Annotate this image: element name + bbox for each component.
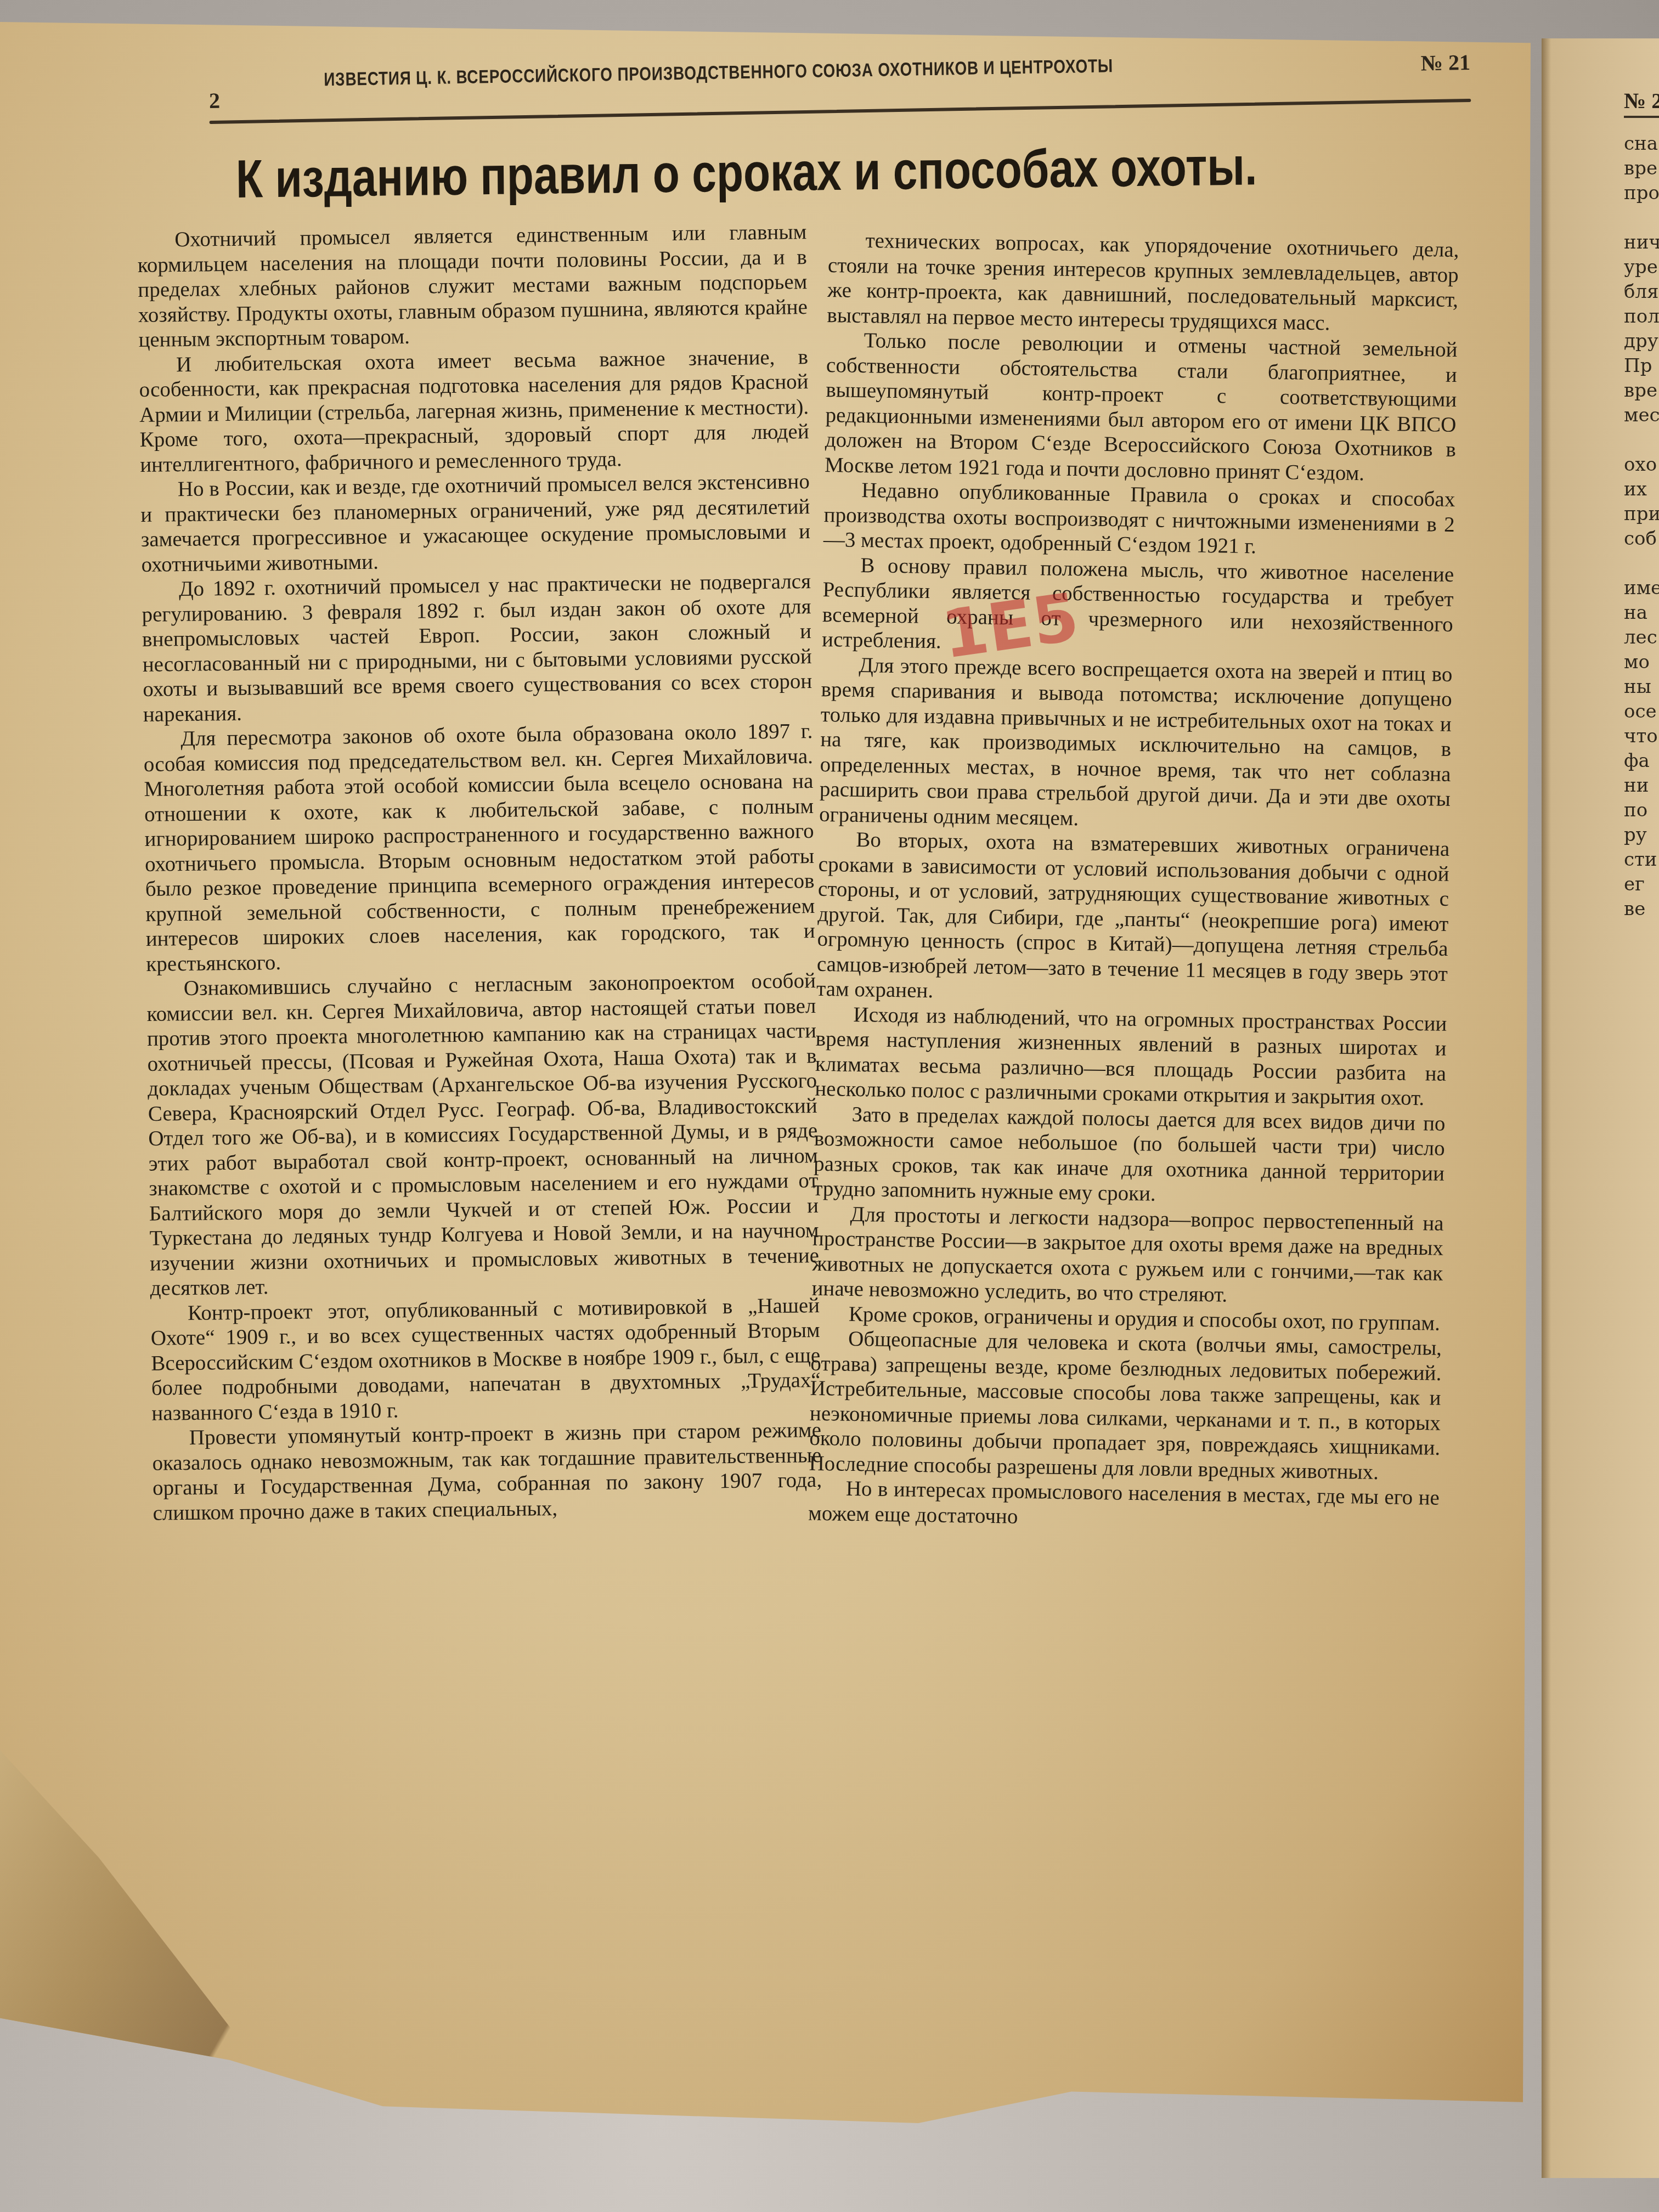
article-right-column: технических вопросах, как упорядочение о… [808,228,1459,1536]
article-paragraph: До 1892 г. охотничий промысел у нас прак… [142,569,812,727]
article-paragraph: технических вопросах, как упорядочение о… [827,228,1459,337]
article-paragraph: Только после революции и отмены частной … [825,328,1458,487]
article-paragraph: Исходя из наблюдений, что на огромных пр… [815,1001,1447,1111]
article-paragraph: Для этого прежде всего воспрещается охот… [819,652,1453,837]
adjacent-text-fragments: сна вре про нич уре бля пол дру Пр вре м… [1624,132,1659,922]
article-paragraph: Зато в пределах каждой полосы дается для… [813,1101,1446,1211]
adjacent-issue-number: № 2 [1624,88,1659,118]
article-paragraph: Недавно опубликованные Правила о сроках … [823,477,1455,562]
article-paragraph: Общеопасные для человека и скота (волчьи… [809,1326,1442,1486]
article-paragraph: Но в интересах промыслового населения в … [808,1476,1440,1536]
adjacent-newspaper-page: № 2 сна вре про нич уре бля пол дру Пр в… [1542,38,1659,2178]
article-paragraph: Охотничий промысел является единственным… [137,219,808,352]
article-paragraph: Для простоты и легкости надзора—вопрос п… [811,1201,1444,1311]
article-paragraph: Во вторых, охота на взматеревших животны… [816,827,1450,1012]
article-paragraph: И любительская охота имеет весьма важное… [139,345,810,477]
article-title: К изданию правил о сроках и способах охо… [236,135,1271,210]
article-left-column: Охотничий промысел является единственным… [137,219,822,1526]
issue-number: № 21 [1420,49,1470,76]
article-paragraph: Но в России, как и везде, где охотничий … [140,469,811,577]
article-paragraph: В основу правил положена мысль, что живо… [822,552,1454,662]
article-paragraph: Провести упомянутый контр-проект в жизнь… [152,1418,822,1526]
article-paragraph: Ознакомившись случайно с негласным закон… [146,968,820,1301]
page-number: 2 [209,88,221,114]
article-paragraph: Для пересмотра законов об охоте была обр… [143,719,815,977]
article-paragraph: Контр-проект этот, опубликованный с моти… [150,1293,821,1425]
